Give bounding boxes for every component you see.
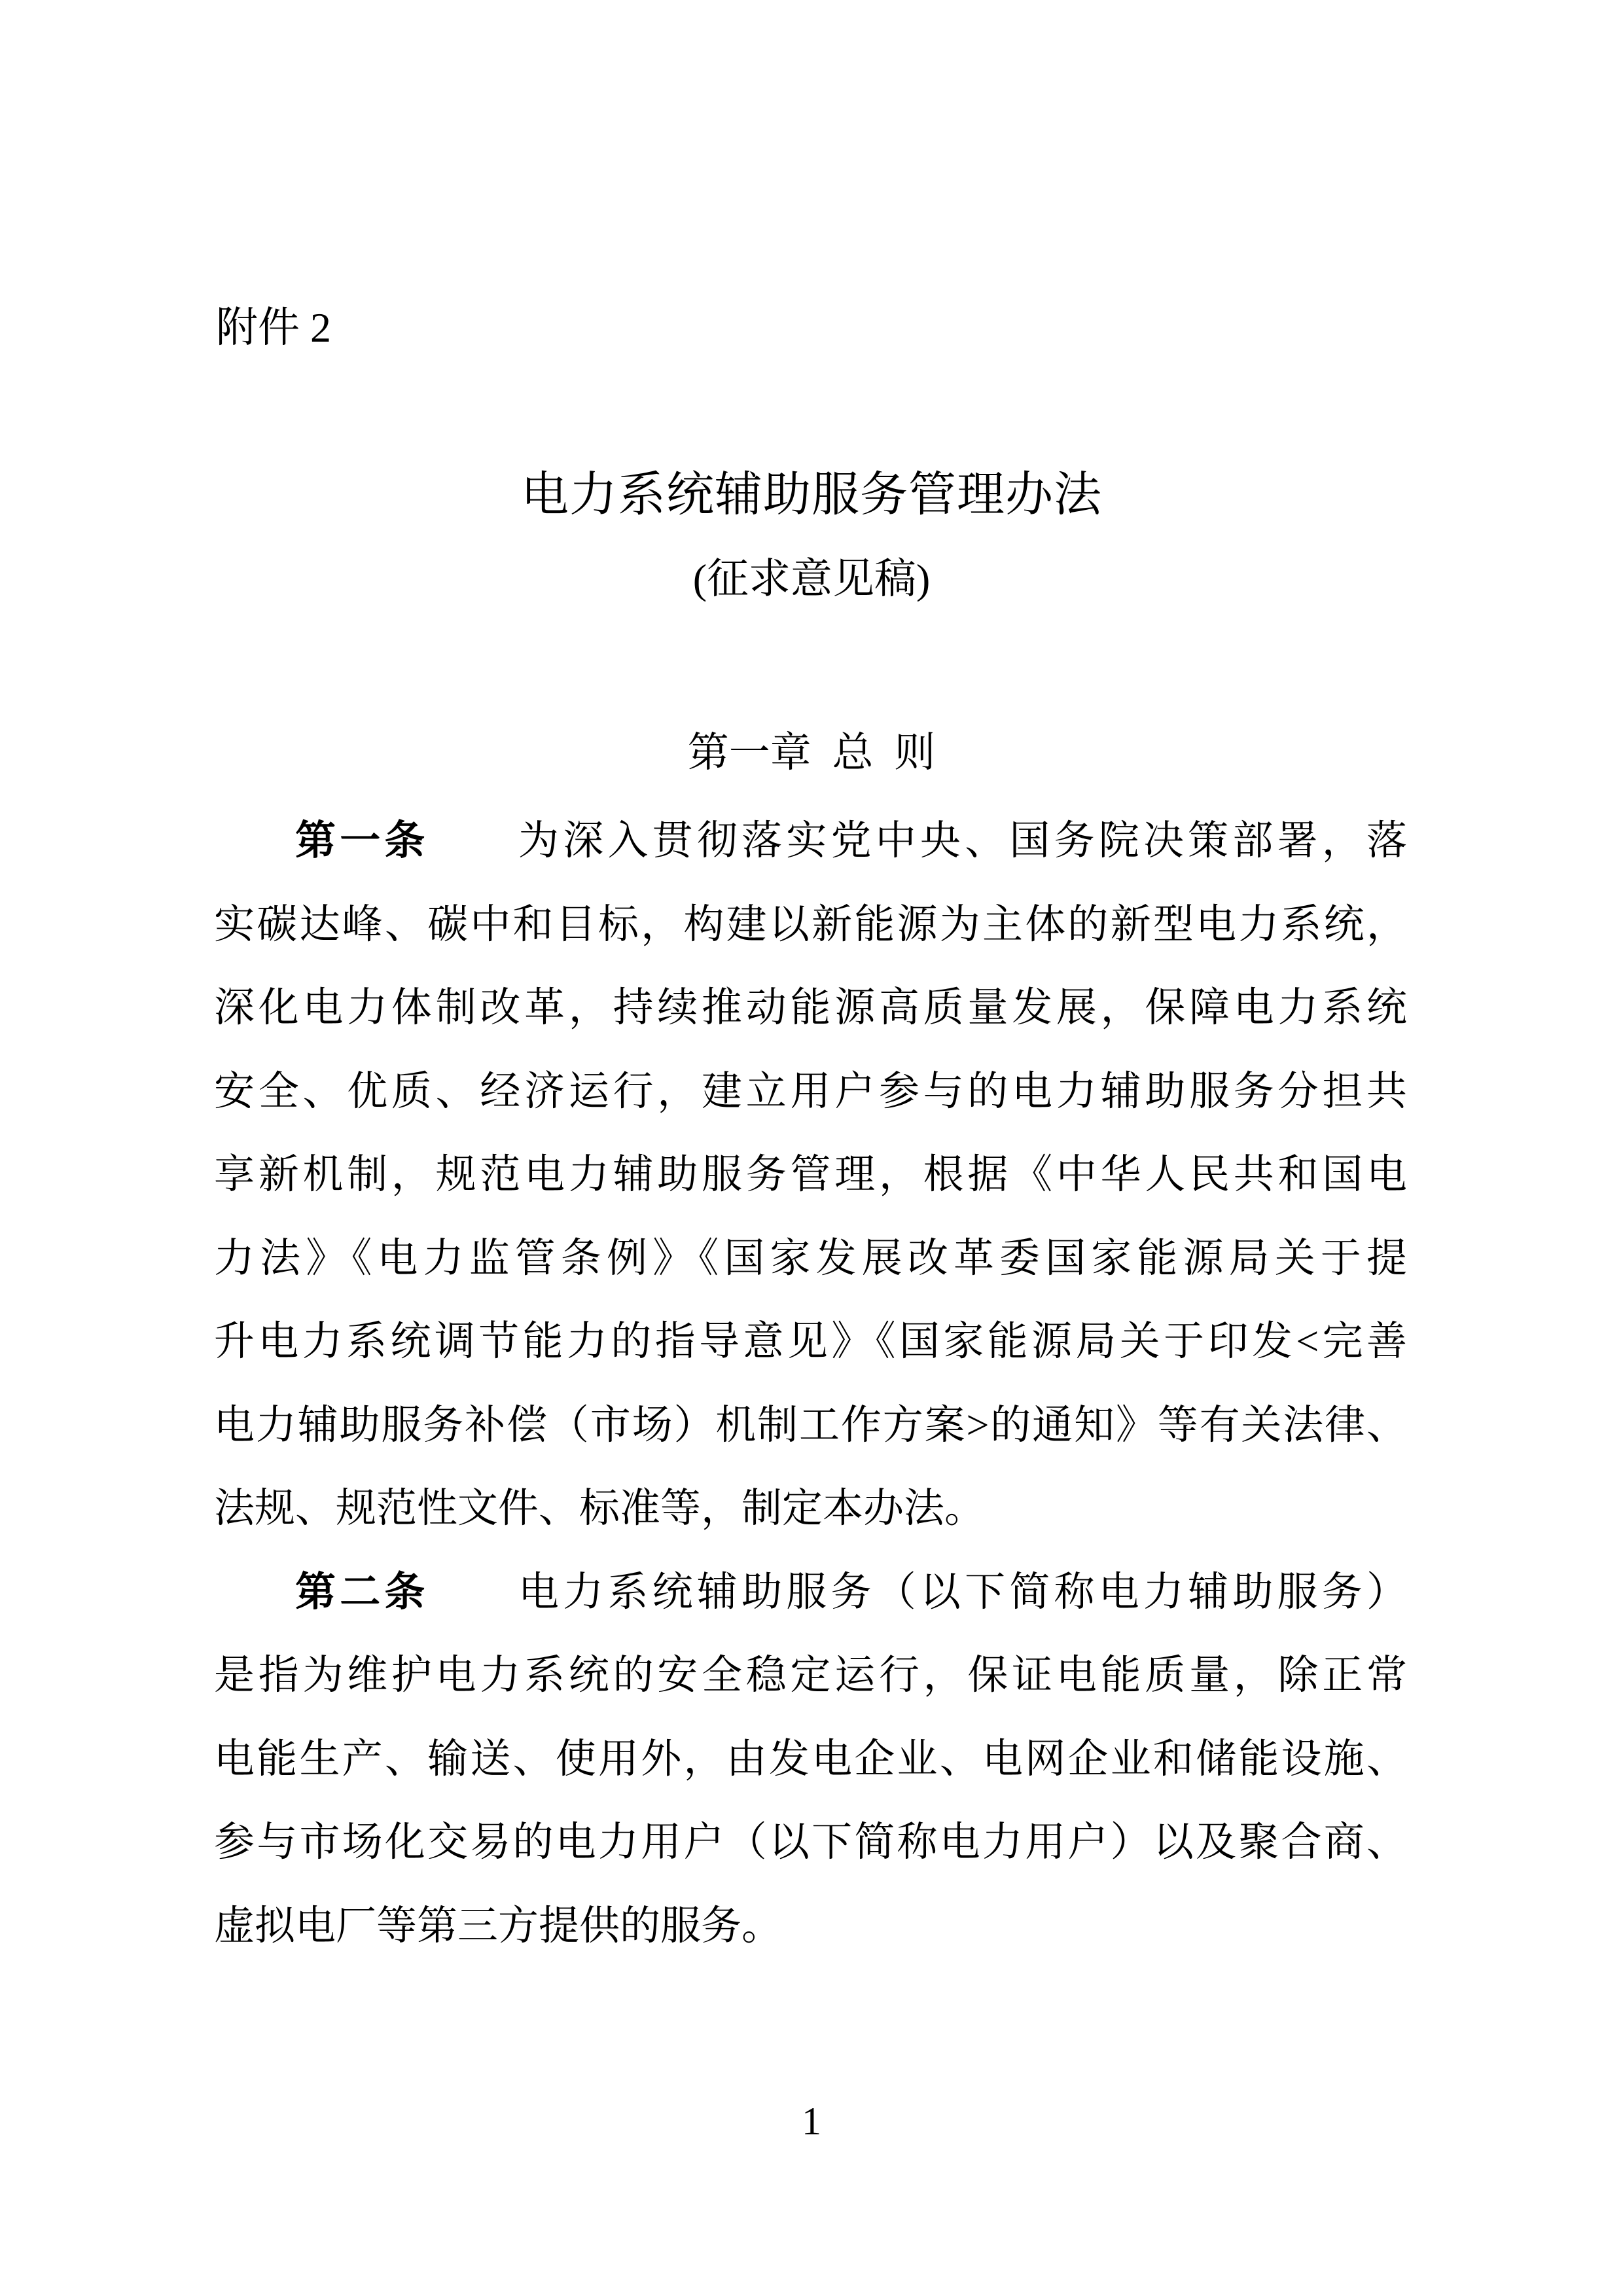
article-line: 是指为维护电力系统的安全稳定运行，保证电能质量，除正常 bbox=[214, 1634, 1407, 1718]
article-line-text: 安全、优质、经济运行，建立用户参与的电力辅助服务分担共 bbox=[214, 1069, 1407, 1114]
article-line: 参与市场化交易的电力用户（以下简称电力用户）以及聚合商、 bbox=[214, 1801, 1407, 1885]
attachment-label: 附件 2 bbox=[216, 305, 331, 351]
article-line: 第二条 电力系统辅助服务（以下简称电力辅助服务） bbox=[214, 1551, 1407, 1635]
article-line: 电力辅助服务补偿（市场）机制工作方案>的通知》等有关法律、 bbox=[214, 1384, 1407, 1468]
article-line-text: 法规、规范性文件、标准等，制定本办法。 bbox=[214, 1486, 985, 1531]
article-line: 深化电力体制改革，持续推动能源高质量发展，保障电力系统 bbox=[214, 967, 1407, 1050]
article-line-text: 电力辅助服务补偿（市场）机制工作方案>的通知》等有关法律、 bbox=[214, 1403, 1407, 1448]
article-line-text: 电力系统辅助服务（以下简称电力辅助服务） bbox=[429, 1570, 1407, 1615]
article-line-text: 电能生产、输送、使用外，由发电企业、电网企业和储能设施、 bbox=[214, 1737, 1407, 1782]
article-line: 升电力系统调节能力的指导意见》《国家能源局关于印发<完善 bbox=[214, 1300, 1407, 1384]
article-line-text: 升电力系统调节能力的指导意见》《国家能源局关于印发<完善 bbox=[214, 1319, 1407, 1364]
chapter-heading: 第一章 总 则 bbox=[0, 730, 1623, 776]
article-line-text: 深化电力体制改革，持续推动能源高质量发展，保障电力系统 bbox=[214, 986, 1407, 1030]
article-line-text: 参与市场化交易的电力用户（以下简称电力用户）以及聚合商、 bbox=[214, 1820, 1407, 1865]
article-line-text: 实碳达峰、碳中和目标，构建以新能源为主体的新型电力系统， bbox=[214, 903, 1407, 947]
article-line: 电能生产、输送、使用外，由发电企业、电网企业和储能设施、 bbox=[214, 1718, 1407, 1802]
body-text: 第一条 为深入贯彻落实党中央、国务院决策部署，落 实碳达峰、碳中和目标，构建以新… bbox=[214, 800, 1407, 1968]
article-line-text: 是指为维护电力系统的安全稳定运行，保证电能质量，除正常 bbox=[214, 1653, 1407, 1698]
article-line-text: 虚拟电厂等第三方提供的服务。 bbox=[214, 1904, 782, 1948]
article-line: 虚拟电厂等第三方提供的服务。 bbox=[214, 1885, 1407, 1969]
article-line: 第一条 为深入贯彻落实党中央、国务院决策部署，落 bbox=[214, 800, 1407, 884]
article-line-text: 为深入贯彻落实党中央、国务院决策部署，落 bbox=[429, 819, 1407, 863]
document-page: 附件 2 电力系统辅助服务管理办法 (征求意见稿) 第一章 总 则 第一条 为深… bbox=[0, 0, 1623, 2296]
article-line: 享新机制，规范电力辅助服务管理，根据《中华人民共和国电 bbox=[214, 1134, 1407, 1217]
article-line-text: 享新机制，规范电力辅助服务管理，根据《中华人民共和国电 bbox=[214, 1153, 1407, 1197]
article-label: 第一条 bbox=[295, 819, 429, 863]
page-number: 1 bbox=[0, 2100, 1623, 2143]
article-line: 实碳达峰、碳中和目标，构建以新能源为主体的新型电力系统， bbox=[214, 884, 1407, 967]
article-line: 法规、规范性文件、标准等，制定本办法。 bbox=[214, 1467, 1407, 1551]
document-subtitle: (征求意见稿) bbox=[0, 556, 1623, 602]
document-title: 电力系统辅助服务管理办法 bbox=[0, 469, 1623, 521]
article-label: 第二条 bbox=[295, 1570, 429, 1615]
article-line: 力法》《电力监管条例》《国家发展改革委国家能源局关于提 bbox=[214, 1217, 1407, 1301]
article-line-text: 力法》《电力监管条例》《国家发展改革委国家能源局关于提 bbox=[214, 1236, 1407, 1281]
article-line: 安全、优质、经济运行，建立用户参与的电力辅助服务分担共 bbox=[214, 1050, 1407, 1134]
